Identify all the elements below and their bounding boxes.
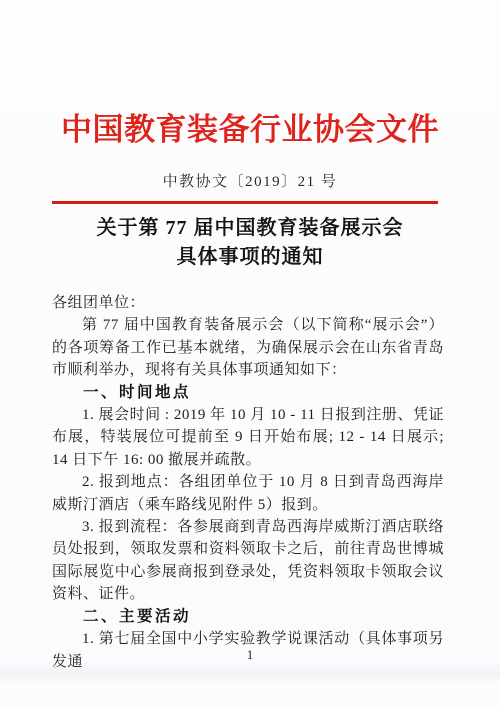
doc-title-line1: 关于第 77 届中国教育装备展示会 <box>0 214 500 243</box>
section-1-item-2: 2. 报到地点：各组团单位于 10 月 8 日到青岛西海岸威斯汀酒店（乘车路线见… <box>52 471 444 516</box>
salutation: 各组团单位： <box>52 292 444 314</box>
red-divider-rule <box>52 201 438 204</box>
section-2-heading: 二、主要活动 <box>52 606 444 628</box>
section-1-item-3: 3. 报到流程：各参展商到青岛西海岸威斯汀酒店联络员处报到，领取发票和资料领取卡… <box>52 516 444 606</box>
section-1-item-1: 1. 展会时间 : 2019 年 10 月 10 - 11 日报到注册、凭证布展… <box>52 404 444 471</box>
intro-paragraph: 第 77 届中国教育装备展示会（以下简称“展示会”）的各项筹备工作已基本就绪，为… <box>52 314 444 381</box>
page-number: 1 <box>0 646 500 664</box>
doc-title: 关于第 77 届中国教育装备展示会 具体事项的通知 <box>0 214 500 272</box>
section-1-heading: 一、时间地点 <box>52 382 444 404</box>
doc-number: 中教协文〔2019〕21 号 <box>0 172 500 192</box>
document-body: 各组团单位： 第 77 届中国教育装备展示会（以下简称“展示会”）的各项筹备工作… <box>52 292 444 673</box>
document-page: 中国教育装备行业协会文件 中教协文〔2019〕21 号 关于第 77 届中国教育… <box>0 0 500 707</box>
doc-title-line2: 具体事项的通知 <box>0 243 500 272</box>
org-title: 中国教育装备行业协会文件 <box>0 108 500 152</box>
